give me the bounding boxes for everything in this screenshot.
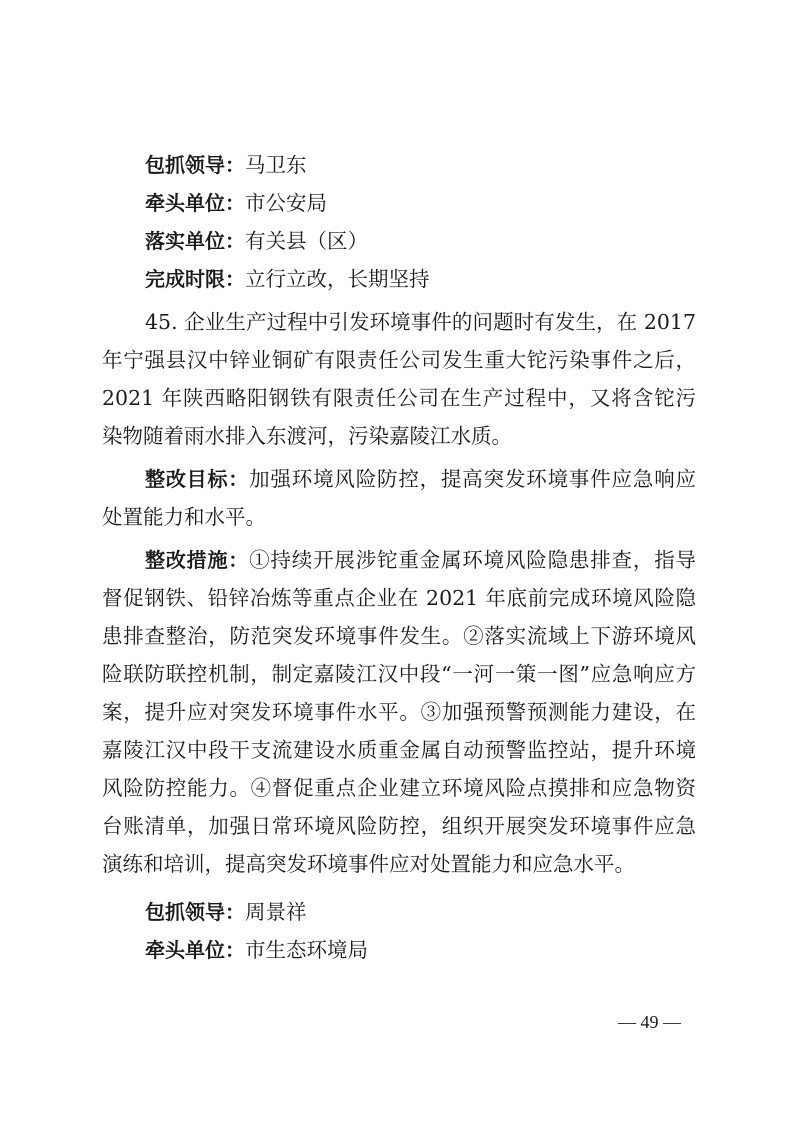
measures-line: 风险防控能力。④督促重点企业建立环境风险点摸排和应急物资 — [102, 769, 696, 807]
lead-unit-value: 市公安局 — [245, 191, 327, 215]
measures-row: 整改措施：①持续开展涉铊重金属环境风险隐患排查，指导 — [145, 541, 696, 579]
impl-unit-label: 落实单位： — [145, 229, 245, 253]
item45-line: 年宁强县汉中锌业铜矿有限责任公司发生重大铊污染事件之后， — [102, 341, 696, 379]
deadline-label: 完成时限： — [145, 267, 245, 291]
measures-line: 演练和培训，提高突发环境事件应对处置能力和应急水平。 — [102, 845, 696, 883]
lead-unit-row: 牵头单位：市生态环境局 — [145, 931, 696, 969]
lead-unit-label: 牵头单位： — [145, 938, 245, 962]
leader-value: 周景祥 — [245, 900, 307, 924]
item45-line: 45. 企业生产过程中引发环境事件的问题时有发生，在 2017 — [145, 303, 696, 341]
impl-unit-value: 有关县（区） — [245, 229, 368, 253]
measures-text: ①持续开展涉铊重金属环境风险隐患排查，指导 — [249, 548, 696, 572]
leader-row: 包抓领导：周景祥 — [145, 893, 696, 931]
measures-label: 整改措施： — [145, 548, 249, 572]
measures-line: 患排查整治，防范突发环境事件发生。②落实流域上下游环境风 — [102, 617, 696, 655]
goal-label: 整改目标： — [145, 467, 249, 491]
item45-line: 染物随着雨水排入东渡河，污染嘉陵江水质。 — [102, 417, 696, 455]
measures-line: 督促钢铁、铅锌冶炼等重点企业在 2021 年底前完成环境风险隐 — [102, 579, 696, 617]
lead-unit-value: 市生态环境局 — [245, 938, 368, 962]
deadline-value: 立行立改，长期坚持 — [245, 267, 430, 291]
goal-line: 处置能力和水平。 — [102, 498, 696, 536]
lead-unit-label: 牵头单位： — [145, 191, 245, 215]
leader-label: 包抓领导： — [145, 153, 245, 177]
goal-text: 加强环境风险防控，提高突发环境事件应急响应 — [249, 467, 696, 491]
leader-label: 包抓领导： — [145, 900, 245, 924]
lead-unit-row: 牵头单位：市公安局 — [145, 184, 696, 222]
item45-line: 2021 年陕西略阳钢铁有限责任公司在生产过程中，又将含铊污 — [102, 379, 696, 417]
measures-line: 台账清单，加强日常环境风险防控，组织开展突发环境事件应急 — [102, 807, 696, 845]
page-number: — 49 — — [618, 1012, 681, 1033]
leader-value: 马卫东 — [245, 153, 307, 177]
impl-unit-row: 落实单位：有关县（区） — [145, 222, 696, 260]
deadline-row: 完成时限：立行立改，长期坚持 — [145, 260, 696, 298]
measures-line: 嘉陵江汉中段干支流建设水质重金属自动预警监控站，提升环境 — [102, 731, 696, 769]
goal-row: 整改目标：加强环境风险防控，提高突发环境事件应急响应 — [145, 460, 696, 498]
measures-line: 险联防联控机制，制定嘉陵江汉中段“一河一策一图”应急响应方 — [102, 655, 696, 693]
leader-row: 包抓领导：马卫东 — [145, 146, 696, 184]
measures-line: 案，提升应对突发环境事件水平。③加强预警预测能力建设，在 — [102, 693, 696, 731]
